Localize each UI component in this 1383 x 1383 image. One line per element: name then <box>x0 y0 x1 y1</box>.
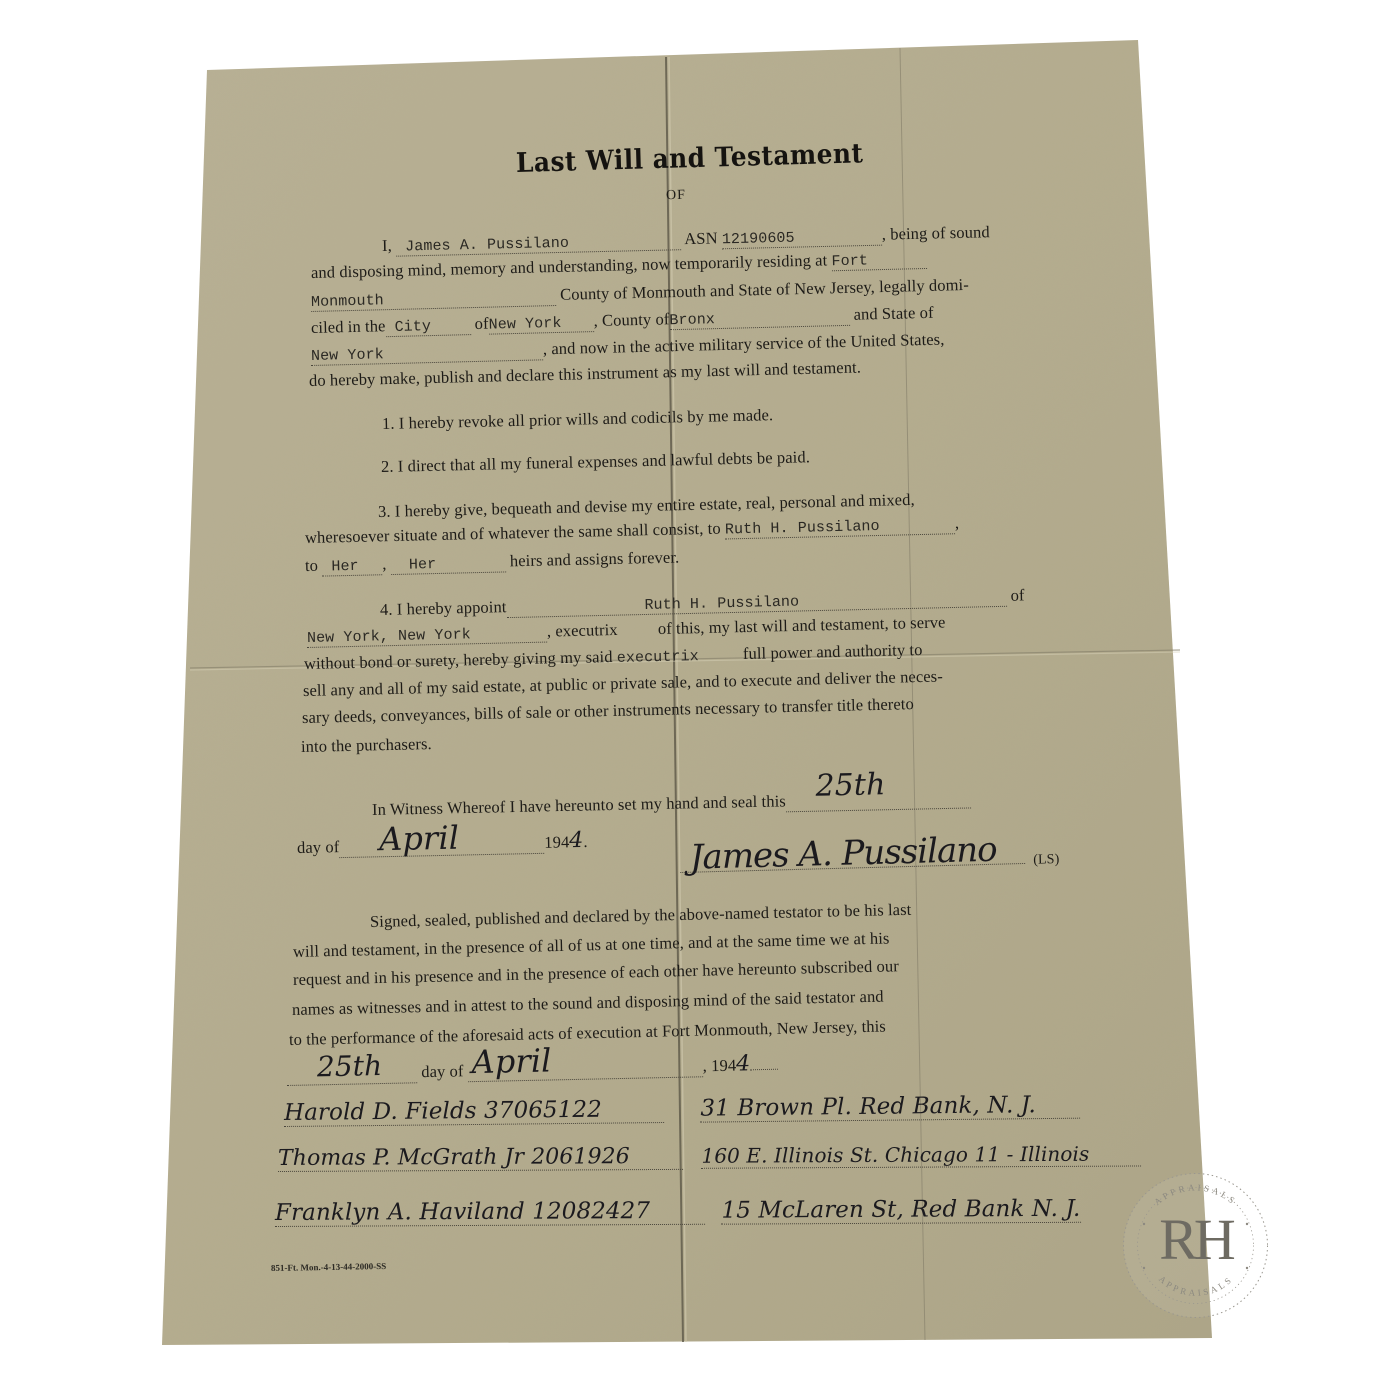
attestation-day: 25th <box>317 1049 383 1083</box>
intro-line-1-end: , being of sound <box>882 222 990 243</box>
intro-prefix: I, <box>382 236 392 255</box>
attestation-month-field: April <box>468 1056 703 1082</box>
clause-3-end: heirs and assigns forever. <box>510 548 680 571</box>
executrix-location-field: New York, New York <box>307 625 547 648</box>
witness-day-field: 25th <box>786 787 971 812</box>
clause-3-line-2-text: wheresoever situate and of whatever the … <box>305 519 721 547</box>
domicile-state: New York <box>311 346 384 365</box>
attestation-line-2: will and testament, in the presence of a… <box>293 928 890 962</box>
attestation-day-field: 25th <box>287 1062 417 1086</box>
form-code: 851-Ft. Mon.-4-13-44-2000-SS <box>271 1261 386 1273</box>
witness-row: Thomas P. McGrath Jr 2061926 160 E. Illi… <box>278 1141 1142 1172</box>
attestation-line-1: Signed, sealed, published and declared b… <box>370 900 912 932</box>
document-title-of: OF <box>666 188 686 205</box>
attestation-year-prefix: , 194 <box>702 1056 736 1076</box>
intro-line-4-county: , County of <box>593 309 669 330</box>
witness-name: Thomas P. McGrath Jr 2061926 <box>278 1144 683 1172</box>
domicile-type-field: City <box>385 317 470 337</box>
intro-line-5-text: , and now in the active military service… <box>543 330 945 359</box>
pronoun-2: Her <box>409 556 437 574</box>
executrix-role: , executrix <box>547 620 618 641</box>
clause-4-line-3-role: executrix <box>617 648 699 667</box>
testator-signature-line: James A. Pussilano (LS) <box>680 836 1060 878</box>
domicile-state-field: New York <box>311 342 543 366</box>
domicile-type: City <box>394 318 431 336</box>
pronoun-1: Her <box>331 558 359 576</box>
clause-4-prefix: 4. I hereby appoint <box>380 597 507 619</box>
domicile-city-field: New York <box>488 314 593 335</box>
clause-1: 1. I hereby revoke all prior wills and c… <box>382 405 774 434</box>
testator-signature: James A. Pussilano <box>689 830 997 878</box>
beneficiary-name: Ruth H. Pussilano <box>725 518 880 539</box>
witness-address: 31 Brown Pl. Red Bank, N. J. <box>700 1092 1080 1123</box>
clause-4-of: of <box>1010 585 1024 604</box>
witness-address: 160 E. Illinois St. Chicago 11 - Illinoi… <box>701 1141 1141 1168</box>
clause-4-line-5: sary deeds, conveyances, bills of sale o… <box>302 694 914 728</box>
seal-mark: (LS) <box>1033 852 1059 868</box>
residing-at: Fort <box>831 252 868 270</box>
attestation-day-of-label: day of <box>421 1061 464 1081</box>
witness-month: April <box>379 819 460 859</box>
document-title: Last Will and Testament <box>516 138 864 179</box>
residing-at-cont: Monmouth <box>311 292 384 311</box>
intro-line-3-text: County of Monmouth and State of New Jers… <box>560 275 969 304</box>
witness-year-digit: 4 <box>569 828 584 853</box>
attestation-date-line: 25th day of April , 1944 <box>287 1051 779 1086</box>
beneficiary-field: Ruth H. Pussilano <box>725 516 955 539</box>
witness-row: Franklyn A. Haviland 12082427 15 McLaren… <box>275 1196 1082 1227</box>
witness-day: 25th <box>815 767 886 803</box>
witness-month-field: April <box>339 833 544 858</box>
testator-name: James A. Pussilano <box>405 235 569 256</box>
clause-4-line-3-b: full power and authority to <box>743 640 923 663</box>
domicile-county: Bronx <box>669 311 715 329</box>
clause-3-to: to <box>305 556 318 575</box>
witness-date-line: day ofApril 1944. <box>297 828 588 859</box>
clause-3-line-3: to Her, Her heirs and assigns forever. <box>305 548 680 577</box>
attestation-month: April <box>471 1041 552 1081</box>
executrix-name: Ruth H. Pussilano <box>506 593 799 617</box>
intro-line-4-state: and State of <box>853 303 933 324</box>
domicile-county-field: Bronx <box>669 308 849 330</box>
witness-row: Harold D. Fields 37065122 31 Brown Pl. R… <box>284 1092 1081 1127</box>
witness-name: Franklyn A. Haviland 12082427 <box>275 1198 705 1227</box>
witness-name: Harold D. Fields 37065122 <box>284 1096 664 1127</box>
watermark-logo: RH <box>1118 1206 1273 1273</box>
witness-year-prefix: 194 <box>544 832 569 852</box>
residing-field: Fort <box>831 251 926 271</box>
asn-label: ASN <box>684 228 718 248</box>
intro-line-4-of: of <box>474 314 488 333</box>
witness-day-of-label: day of <box>297 837 340 857</box>
clause-2: 2. I direct that all my funeral expenses… <box>381 447 810 477</box>
pronoun-field-2: Her <box>391 554 506 575</box>
clause-4-line-3-a: without bond or surety, hereby giving my… <box>304 647 613 673</box>
attestation-line-5: to the performance of the aforesaid acts… <box>289 1016 886 1050</box>
witness-address: 15 McLaren St, Red Bank N. J. <box>721 1196 1081 1225</box>
rh-appraisals-watermark: APPRAISALS APPRAISALS RH <box>1118 1168 1273 1323</box>
asn-field: 12190605 <box>722 228 882 250</box>
residing-cont-field: Monmouth <box>311 288 556 312</box>
pronoun-field-1: Her <box>322 557 382 576</box>
testator-signature-field: James A. Pussilano <box>680 837 1026 873</box>
testator-name-field: James A. Pussilano <box>396 232 681 256</box>
executrix-location: New York, New York <box>307 626 471 647</box>
attestation-line-3: request and in his presence and in the p… <box>293 956 899 990</box>
asn-number: 12190605 <box>722 230 795 249</box>
attestation-year-digit: 4 <box>736 1051 751 1076</box>
domicile-city: New York <box>488 315 561 334</box>
attestation-line-4: names as witnesses and in attest to the … <box>292 987 884 1020</box>
witness-whereof-line: In Witness Whereof I have hereunto set m… <box>372 787 971 821</box>
clause-4-line-6: into the purchasers. <box>301 734 432 757</box>
witness-whereof-text: In Witness Whereof I have hereunto set m… <box>372 791 786 819</box>
intro-line-4-prefix: ciled in the <box>311 316 386 337</box>
clause-4-line-2-rest: of this, my last will and testament, to … <box>658 613 946 639</box>
